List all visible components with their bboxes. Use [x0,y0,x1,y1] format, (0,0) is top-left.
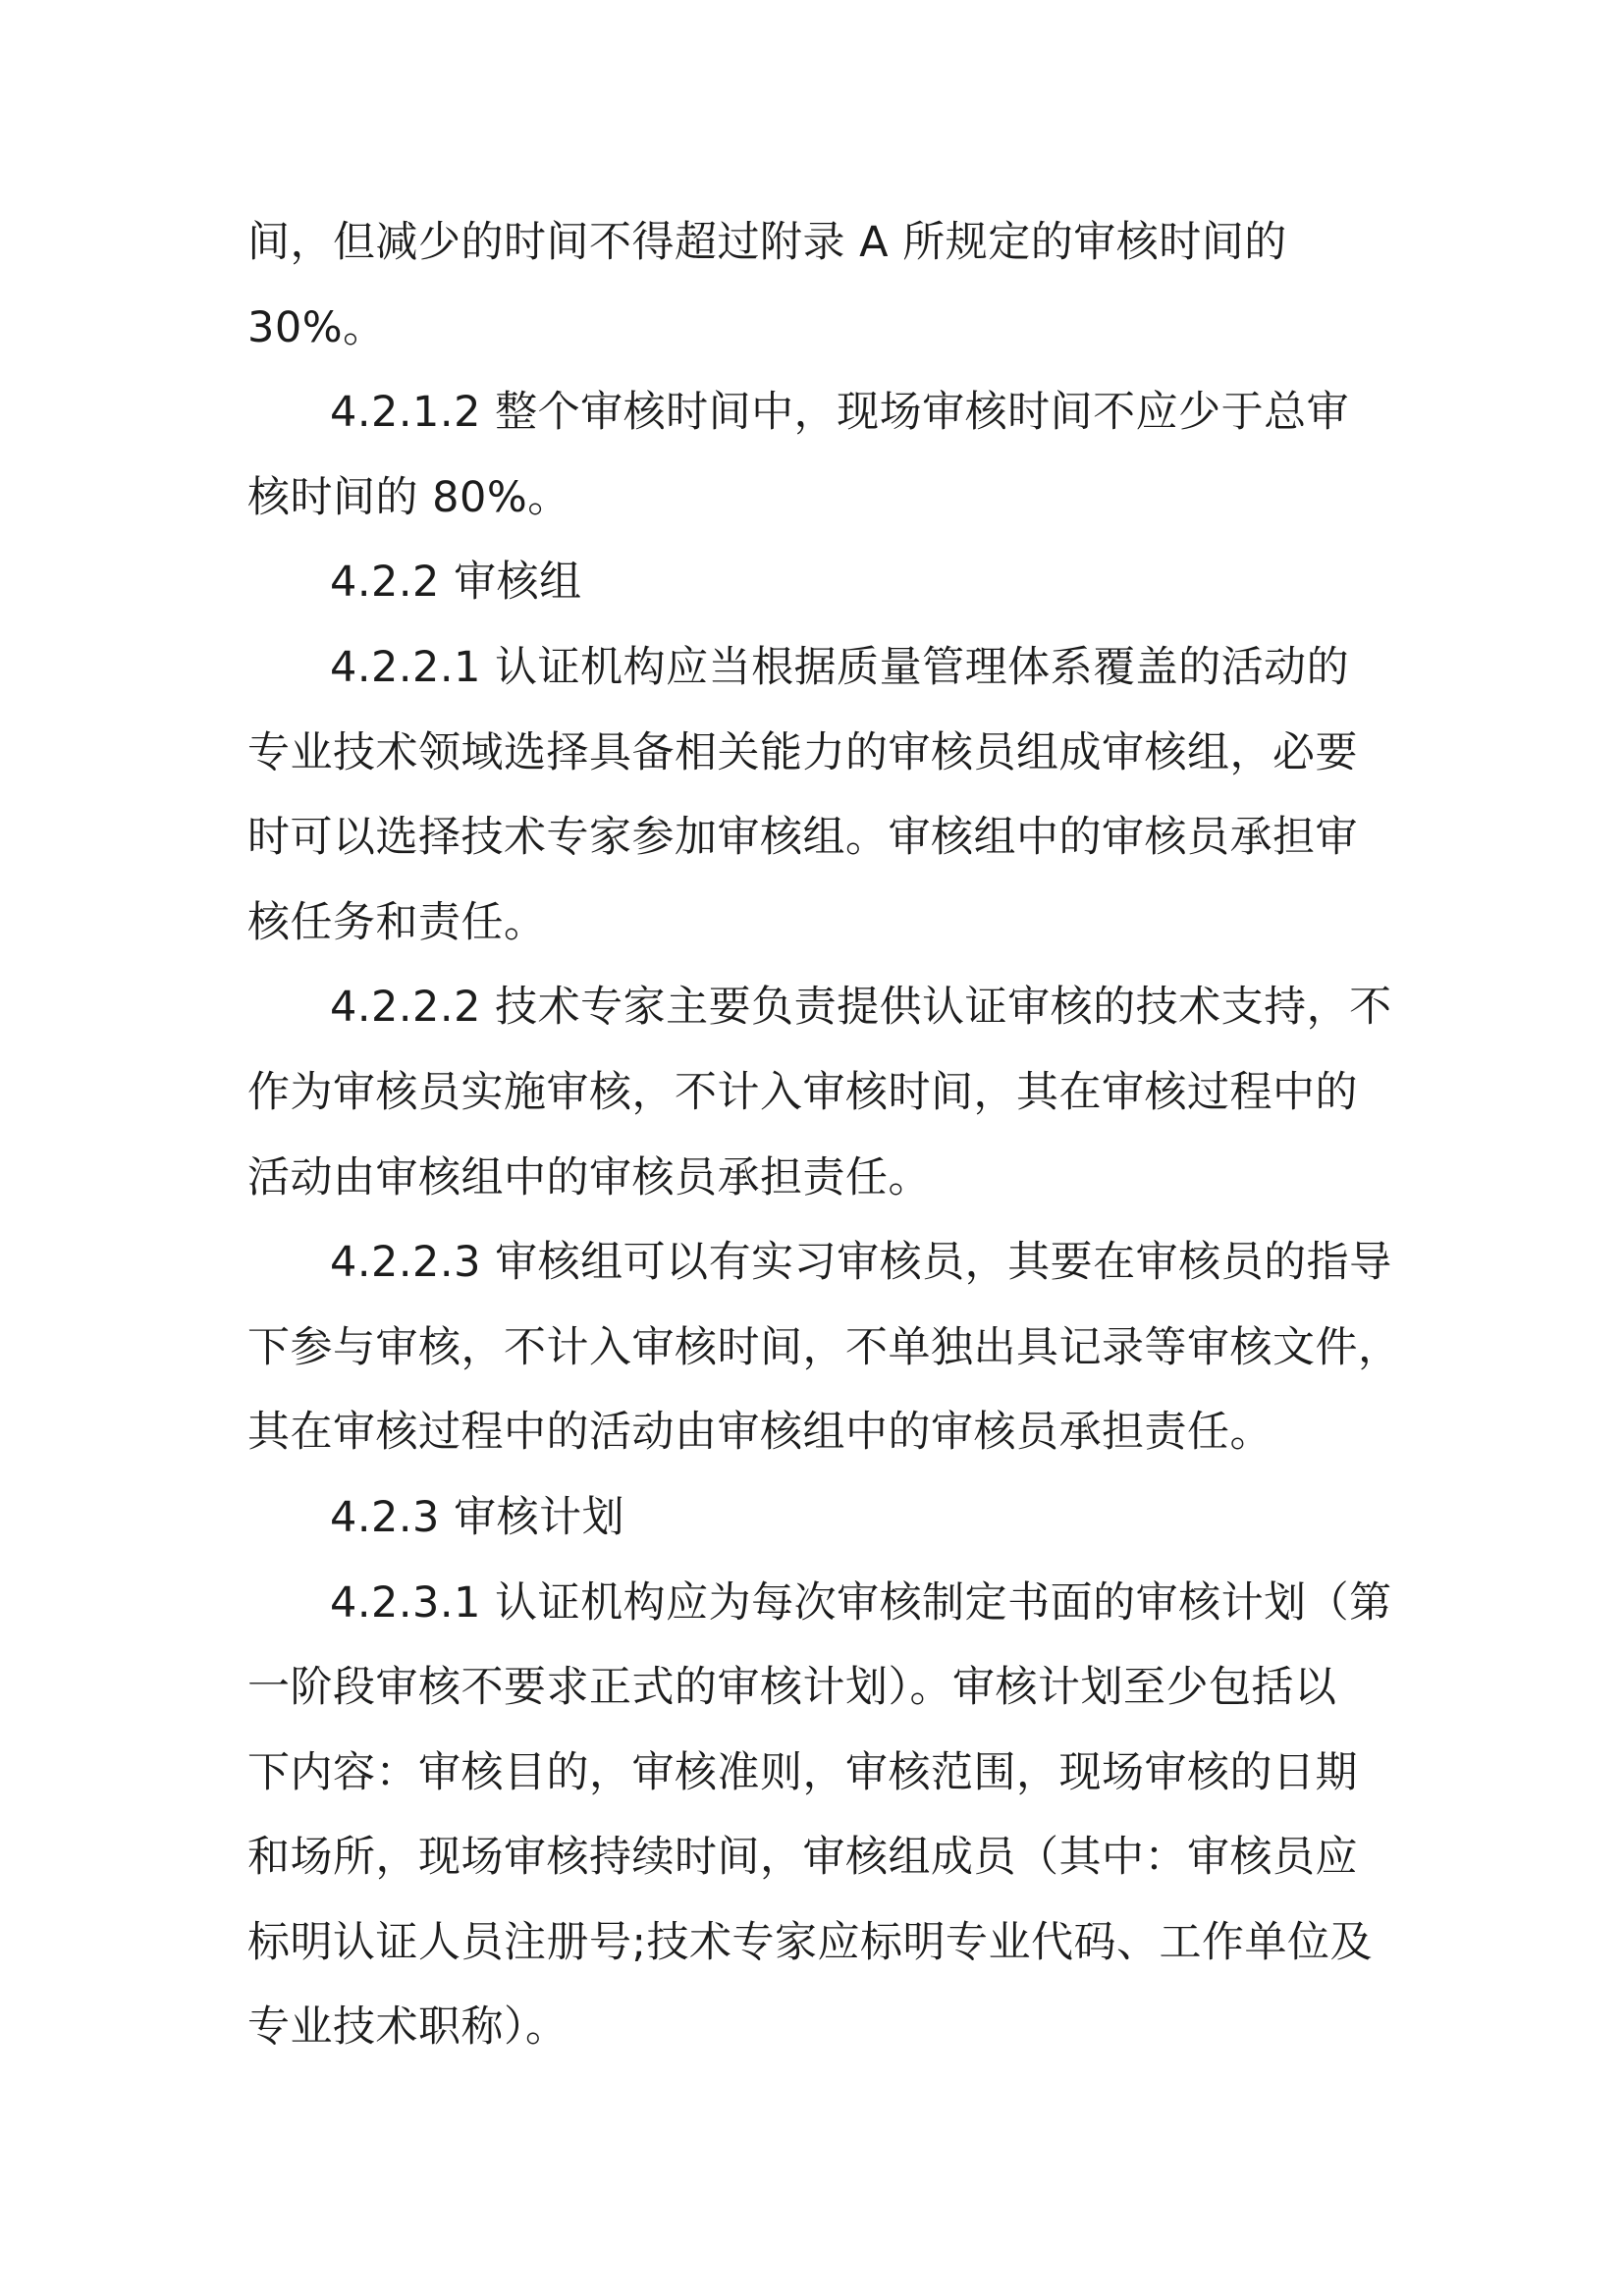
text-line: 30%。 [247,294,1386,379]
section-heading-4-2-2: 4.2.2 审核组 [247,548,1386,633]
clause-4-2-2-3: 4.2.2.3 审核组可以有实习审核员，其要在审核员的指导 [247,1228,1386,1313]
text-line: 时可以选择技术专家参加审核组。审核组中的审核员承担审 [247,803,1386,888]
text-line: 活动由审核组中的审核员承担责任。 [247,1144,1386,1229]
text-line: 核任务和责任。 [247,888,1386,974]
text-line: 标明认证人员注册号;技术专家应标明专业代码、工作单位及 [247,1908,1386,1994]
clause-4-2-2-1: 4.2.2.1 认证机构应当根据质量管理体系覆盖的活动的 [247,633,1386,719]
document-page: 间，但减少的时间不得超过附录 A 所规定的审核时间的 30%。 4.2.1.2 … [0,0,1624,2296]
section-heading-4-2-3: 4.2.3 审核计划 [247,1483,1386,1569]
text-line: 其在审核过程中的活动由审核组中的审核员承担责任。 [247,1398,1386,1483]
clause-4-2-2-2: 4.2.2.2 技术专家主要负责提供认证审核的技术支持，不 [247,973,1386,1058]
text-line: 专业技术领域选择具备相关能力的审核员组成审核组，必要 [247,719,1386,804]
text-line: 一阶段审核不要求正式的审核计划）。审核计划至少包括以 [247,1653,1386,1738]
text-line: 和场所，现场审核持续时间，审核组成员（其中：审核员应 [247,1823,1386,1908]
text-line: 专业技术职称）。 [247,1993,1386,2078]
clause-4-2-1-2: 4.2.1.2 整个审核时间中，现场审核时间不应少于总审 [247,378,1386,463]
clause-4-2-3-1: 4.2.3.1 认证机构应为每次审核制定书面的审核计划（第 [247,1569,1386,1654]
text-line: 下参与审核，不计入审核时间，不单独出具记录等审核文件， [247,1313,1386,1399]
text-line: 作为审核员实施审核，不计入审核时间，其在审核过程中的 [247,1058,1386,1144]
text-line: 核时间的 80%。 [247,463,1386,549]
text-line: 下内容：审核目的，审核准则，审核范围，现场审核的日期 [247,1738,1386,1824]
body-text: 间，但减少的时间不得超过附录 A 所规定的审核时间的 30%。 4.2.1.2 … [247,208,1386,2078]
text-line: 间，但减少的时间不得超过附录 A 所规定的审核时间的 [247,208,1386,294]
